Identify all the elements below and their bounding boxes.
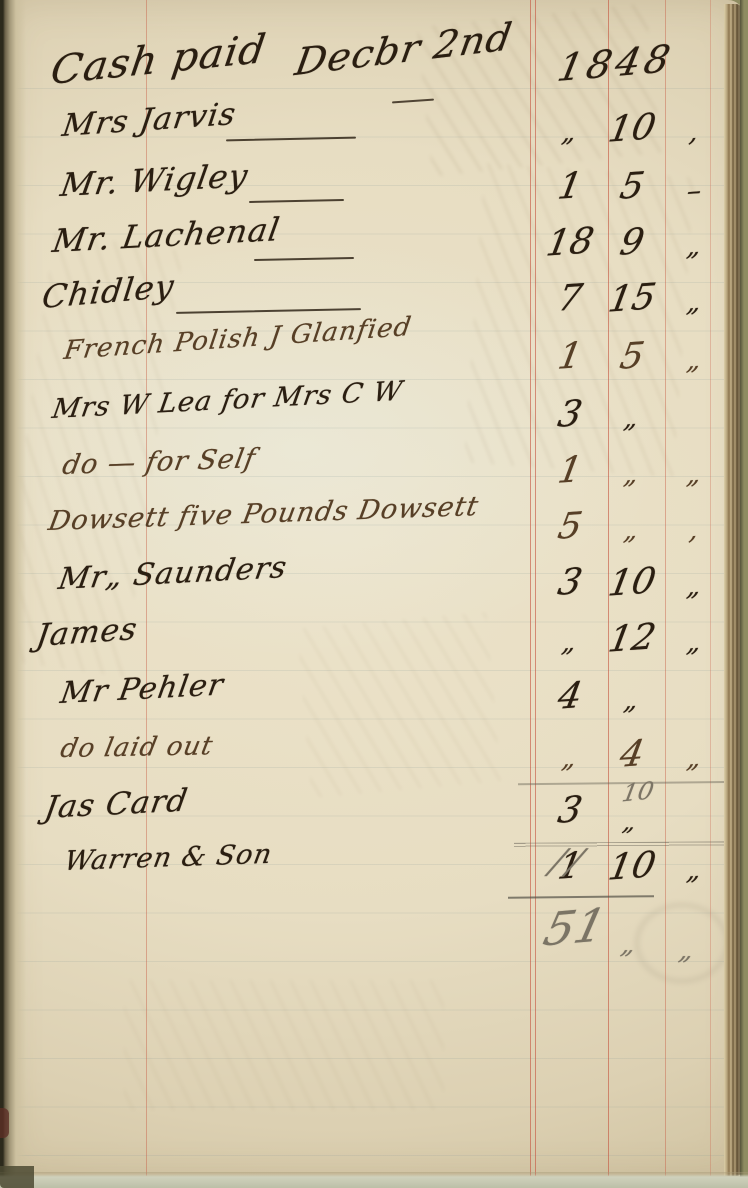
book-spine-edge [0, 0, 26, 1188]
entry-pounds: 3 [536, 788, 604, 833]
spine-notch [0, 1108, 9, 1138]
entry-shillings: 9 [598, 220, 666, 265]
entry-pence: – [660, 164, 730, 209]
entry-name: Mr Pehler [58, 668, 226, 711]
entry-shillings: 5 [598, 334, 666, 379]
entry-pence: „ [660, 560, 730, 604]
entry-pence [663, 674, 727, 686]
entry-pence: „ [660, 448, 730, 492]
entry-pence: „ [660, 844, 730, 888]
ledger-page: Cash paid Decbr 2nd 1848 Mrs Jarvis „ 10… [4, 0, 744, 1180]
entry-name: Warren & Son [62, 839, 275, 877]
entry-pence [663, 392, 727, 404]
entry-name: Mrs Jarvis [60, 96, 239, 144]
entry-rule-dash [249, 199, 344, 203]
entry-pounds: 7 [536, 276, 604, 321]
entry-shillings: 12 [598, 616, 666, 661]
entry-pence: , [660, 504, 730, 548]
entry-shillings: „ [598, 504, 666, 548]
pencil-underline [508, 895, 654, 899]
entry-name: do — for Self [60, 443, 258, 481]
entry-pounds: „ [536, 106, 604, 150]
entry-pounds: 1 [536, 334, 604, 379]
header-year: 1848 [554, 36, 678, 90]
ledger-row: Mr. Wigley 1 5 – [4, 166, 748, 222]
entry-pounds: 3 [536, 392, 604, 437]
entry-pounds: 1 [536, 448, 604, 493]
date-flourish [392, 99, 434, 104]
entry-pence [663, 788, 727, 800]
entry-pence: „ [660, 616, 730, 660]
ledger-row: Dowsett five Pounds Dowsett 5 „ , [4, 506, 748, 562]
bottom-page-edge [0, 1172, 748, 1188]
total-shillings: „ [600, 930, 659, 960]
scanned-ledger-screenshot: { "ledger": { "header": { "title": "Cash… [0, 0, 748, 1188]
entry-shillings: 10 [598, 106, 666, 151]
ledger-row: Mr. Lachenal 18 9 „ [4, 222, 748, 278]
entry-pence: „ [660, 732, 730, 776]
entry-pounds: 1 [536, 164, 604, 209]
entry-pence: , [660, 106, 730, 150]
header-date: Decbr 2nd [292, 15, 516, 84]
entry-shillings: „ [598, 448, 666, 492]
entry-pounds: 3 [536, 560, 604, 605]
ledger-row: Mr„ Saunders 3 10 „ [4, 562, 748, 618]
entry-rule-dash [226, 137, 356, 142]
entry-pence: „ [660, 276, 730, 320]
entry-pounds: 4 [536, 674, 604, 719]
entry-shillings: „ [598, 392, 666, 436]
entry-shillings: 10 [598, 560, 666, 605]
ledger-row: Mrs Jarvis „ 10 , [4, 108, 748, 164]
entry-rule-dash [176, 308, 361, 314]
ledger-row: Jas Card 3 10 „ [4, 790, 748, 846]
total-pence: „ [658, 936, 717, 966]
entry-shillings: „ [598, 674, 666, 718]
entry-shillings: 4 [598, 732, 666, 777]
entry-pounds: 5 [536, 504, 604, 549]
entry-pounds: „ [536, 732, 604, 776]
header-title: Cash paid [48, 26, 269, 94]
entry-pence: „ [660, 220, 730, 264]
entry-shillings: 10 [605, 775, 672, 809]
ledger-row: James „ 12 „ [4, 618, 748, 674]
ledger-row: Warren & Son 1 10 „ ∕∕ [4, 846, 748, 902]
entry-pounds: „ [536, 616, 604, 660]
ledger-row: Mr Pehler 4 „ [4, 676, 748, 732]
entry-pence: „ [660, 334, 730, 378]
entry-shillings: 5 [598, 164, 666, 209]
entry-shillings-ink-ditto: „ [597, 808, 664, 836]
bottom-corner-cover [0, 1166, 34, 1188]
entry-rule-dash [254, 257, 354, 261]
entry-shillings: 10 [598, 844, 666, 889]
ledger-row: Mrs W Lea for Mrs C W 3 „ [4, 394, 748, 450]
entry-pounds: 18 [536, 220, 604, 265]
book-cover-edge [740, 0, 748, 1188]
show-through-marks [124, 980, 444, 1110]
entry-name: do laid out [58, 731, 216, 764]
entry-name: Jas Card [42, 783, 191, 826]
entry-shillings: 15 [598, 276, 666, 321]
entry-name: James [34, 611, 140, 654]
